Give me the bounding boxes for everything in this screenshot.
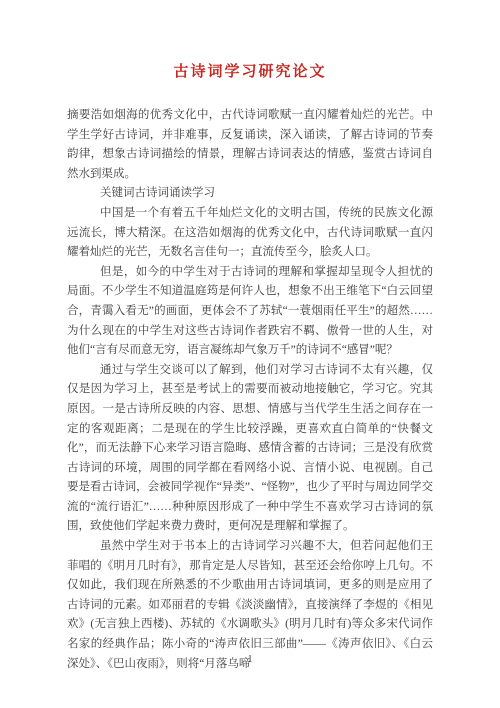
paragraph-reasons: 通过与学生交谈可以了解到，他们对学习古诗词不太有兴趣，仅仅是因为学习上，甚至是考… [67,361,433,537]
document-page: 古诗词学习研究论文 摘要浩如烟海的优秀文化中，古代诗词歌赋一直闪耀着灿烂的光芒。… [0,0,500,708]
paragraph-intro: 中国是一个有着五千年灿烂文化的文明古国，传统的民族文化源远流长，博大精深。在这浩… [67,204,433,263]
paragraph-abstract: 摘要浩如烟海的优秀文化中，古代诗词歌赋一直闪耀着灿烂的光芒。中学生学好古诗词，并… [67,106,433,184]
page-number: 1 [0,653,500,667]
document-body: 摘要浩如烟海的优秀文化中，古代诗词歌赋一直闪耀着灿烂的光芒。中学生学好古诗词，并… [67,106,433,674]
paragraph-keywords: 关键词古诗词诵读学习 [67,184,433,204]
paragraph-problem: 但是，如今的中学生对于古诗词的理解和掌握却呈现令人担忧的局面。不少学生不知道温庭… [67,263,433,361]
document-title: 古诗词学习研究论文 [0,0,500,81]
